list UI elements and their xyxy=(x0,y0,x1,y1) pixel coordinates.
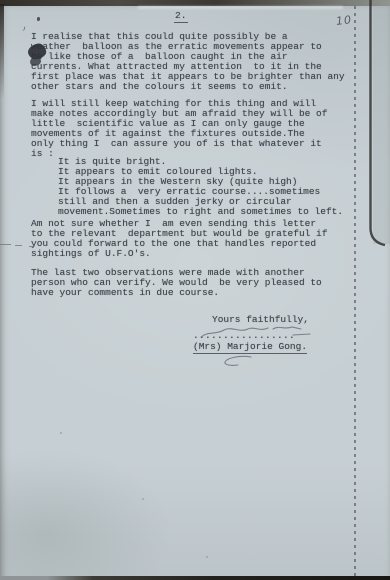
page-number: 2. xyxy=(174,11,188,23)
paragraph-relevant-department: Am not sure whether I am even sending th… xyxy=(31,219,327,259)
letter-line: sightings of U.F.O's. xyxy=(31,249,327,259)
letter-line: only thing I can assure you of is that w… xyxy=(31,139,327,149)
page-edge-curl-line xyxy=(360,0,390,260)
letter-line: other stars and the colours it seems to … xyxy=(31,82,345,92)
scanned-letter-photo: 2. 10 I realise that this could quite po… xyxy=(0,0,390,580)
paragraph-verification: The last two observations were made with… xyxy=(31,268,322,298)
paper-speck xyxy=(206,556,208,558)
paragraph-weather-balloon: I realise that this could quite possibly… xyxy=(31,32,345,92)
paragraph-keep-watching: I will still keep watching for this thin… xyxy=(31,99,327,159)
paper-fold-highlight xyxy=(138,6,343,9)
pencil-page-annotation: 10 xyxy=(335,13,352,28)
letter-line: have your comments in due course. xyxy=(31,288,322,298)
photo-bottom-border xyxy=(0,576,390,580)
observation-item: movement.Sometimes to right and sometime… xyxy=(58,207,343,217)
margin-pencil-dash xyxy=(15,245,22,246)
observations-list: It is quite bright. It appears to emit c… xyxy=(58,157,343,217)
typed-signature-name: (Mrs) Marjorie Gong. xyxy=(193,342,307,354)
margin-pencil-dash xyxy=(29,246,33,247)
paper-speck xyxy=(60,432,62,434)
paper-speck xyxy=(142,498,144,500)
perforation-dashed-line xyxy=(354,6,356,576)
handwritten-signature xyxy=(197,321,317,343)
margin-pencil-dash xyxy=(0,244,11,245)
photo-left-border xyxy=(0,4,4,99)
pencil-squiggle-under-name xyxy=(221,354,257,368)
